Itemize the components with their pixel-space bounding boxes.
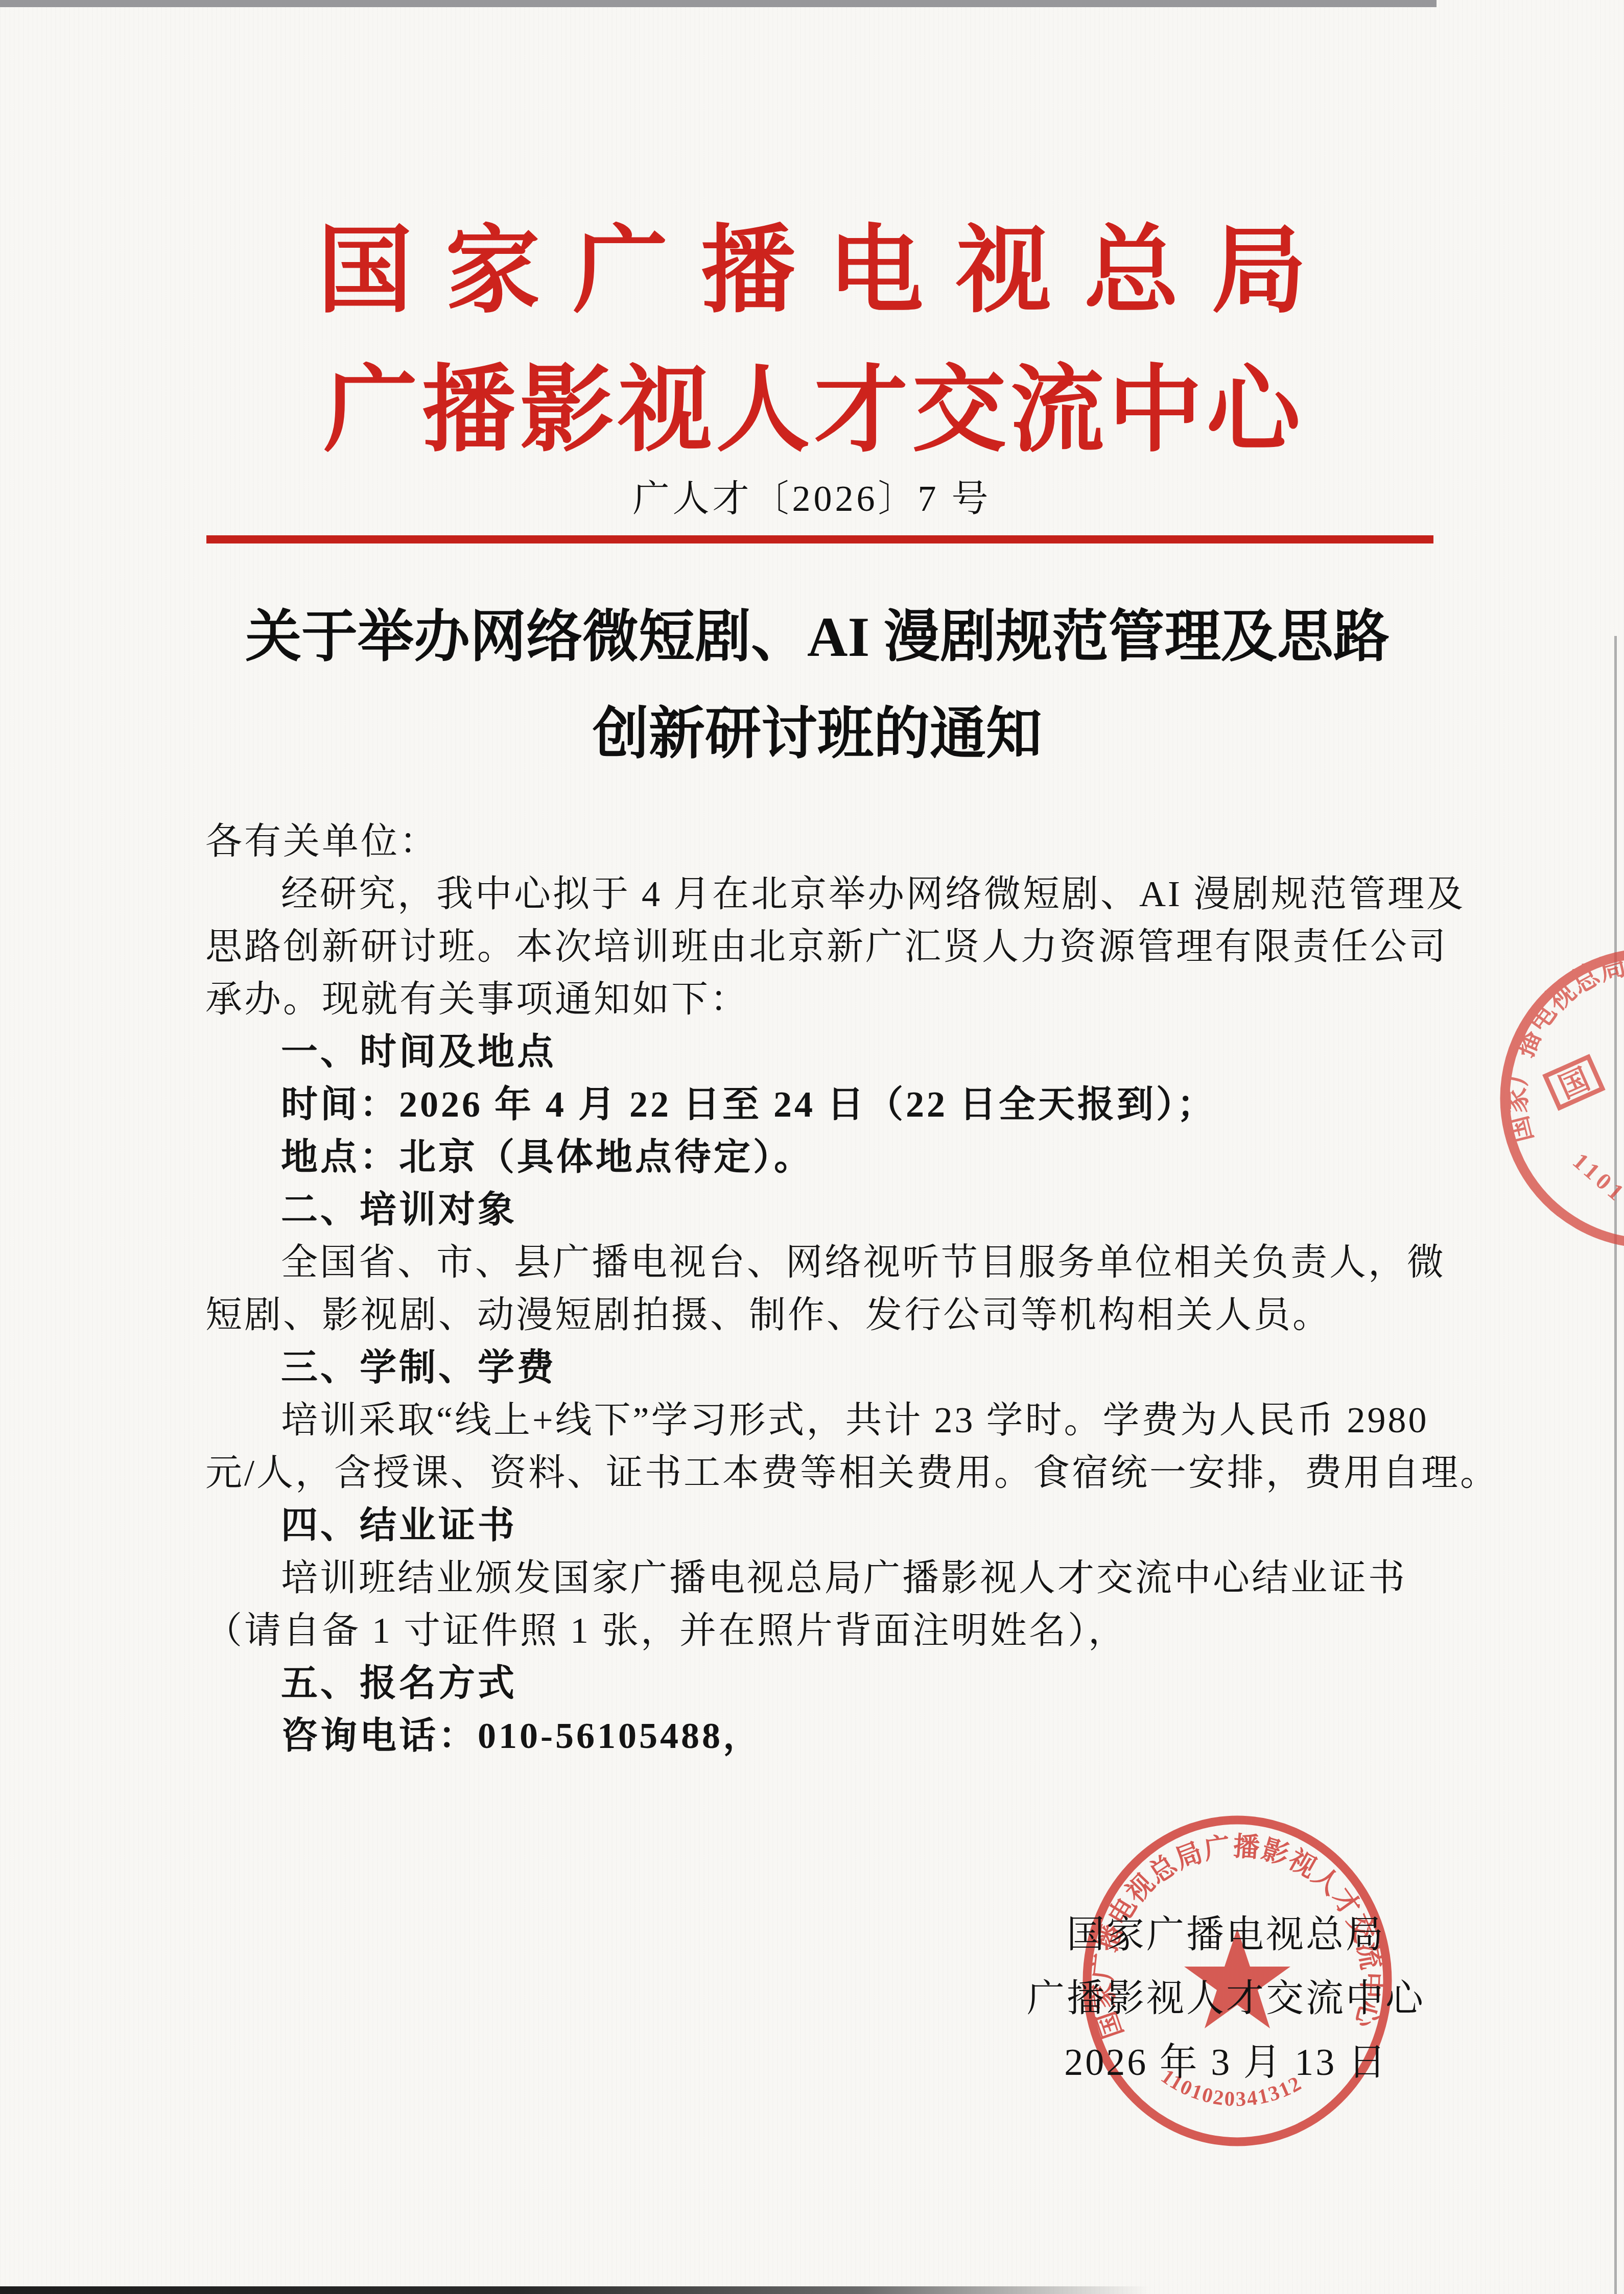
notice-title-line2: 创新研讨班的通知 bbox=[102, 685, 1533, 783]
scan-edge-top bbox=[0, 0, 1437, 7]
signature-org-line1: 国家广播电视总局 bbox=[971, 1903, 1481, 1967]
body-heading-line: 一、时间及地点 bbox=[205, 1026, 1434, 1078]
body-text-line: 思路创新研讨班。本次培训班由北京新广汇贤人力资源管理有限责任公司 bbox=[205, 920, 1434, 973]
body-text-line: 培训采取“线上+线下”学习形式，共计 23 学时。学费为人民币 2980 bbox=[205, 1394, 1434, 1447]
signature-org-line2: 广播影视人才交流中心 bbox=[971, 1967, 1481, 2031]
scan-edge-bottom bbox=[0, 2286, 1149, 2294]
body-heading-line: 咨询电话：010-56105488， bbox=[205, 1710, 1434, 1762]
partial-seal-code: 1101 bbox=[1568, 1148, 1624, 1208]
body-text-line: 短剧、影视剧、动漫短剧拍摄、制作、发行公司等机构相关人员。 bbox=[205, 1289, 1434, 1341]
red-separator-rule bbox=[206, 535, 1433, 543]
body-text-line: 培训班结业颁发国家广播电视总局广播影视人才交流中心结业证书 bbox=[205, 1552, 1434, 1604]
body-text-line: （请自备 1 寸证件照 1 张，并在照片背面注明姓名）， bbox=[205, 1604, 1434, 1657]
body-heading-line: 四、结业证书 bbox=[205, 1499, 1434, 1552]
letterhead-org-line2: 广播影视人才交流中心 bbox=[0, 364, 1624, 458]
scan-edge-right bbox=[1614, 636, 1617, 2294]
letterhead-org-line1: 国家广播电视总局 bbox=[0, 224, 1624, 319]
notice-title: 关于举办网络微短剧、AI 漫剧规范管理及思路 创新研讨班的通知 bbox=[102, 588, 1533, 783]
body-text-line: 经研究，我中心拟于 4 月在北京举办网络微短剧、AI 漫剧规范管理及 bbox=[205, 868, 1434, 920]
body-heading-line: 三、学制、学费 bbox=[205, 1341, 1434, 1394]
body-heading-line: 地点：北京（具体地点待定）。 bbox=[205, 1131, 1434, 1184]
body-heading-line: 时间：2026 年 4 月 22 日至 24 日（22 日全天报到）； bbox=[205, 1078, 1434, 1131]
partial-seal: 国家广播电视总局广播影视人才交流中心 国 1101 bbox=[1484, 940, 1624, 1267]
signature-block: 国家广播电视总局 广播影视人才交流中心 2026 年 3 月 13 日 bbox=[971, 1903, 1481, 2095]
body-text-line: 全国省、市、县广播电视台、网络视听节目服务单位相关负责人，微 bbox=[205, 1236, 1434, 1289]
body-text-line: 元/人，含授课、资料、证书工本费等相关费用。食宿统一安排，费用自理。 bbox=[205, 1447, 1434, 1499]
scanned-official-notice: 国家广播电视总局 广播影视人才交流中心 广人才〔2026〕7 号 关于举办网络微… bbox=[0, 0, 1624, 2294]
document-number: 广人才〔2026〕7 号 bbox=[0, 479, 1624, 518]
signature-date: 2026 年 3 月 13 日 bbox=[971, 2031, 1481, 2095]
notice-title-line1: 关于举办网络微短剧、AI 漫剧规范管理及思路 bbox=[102, 588, 1533, 685]
body-heading-line: 五、报名方式 bbox=[205, 1657, 1434, 1710]
body-text-line: 承办。现就有关事项通知如下： bbox=[205, 973, 1434, 1026]
body-lines: 各有关单位：经研究，我中心拟于 4 月在北京举办网络微短剧、AI 漫剧规范管理及… bbox=[205, 815, 1434, 1762]
partial-seal-inner-emblem: 国 bbox=[1545, 1057, 1603, 1108]
body-heading-line: 二、培训对象 bbox=[205, 1184, 1434, 1236]
body-text-line: 各有关单位： bbox=[205, 815, 1434, 868]
